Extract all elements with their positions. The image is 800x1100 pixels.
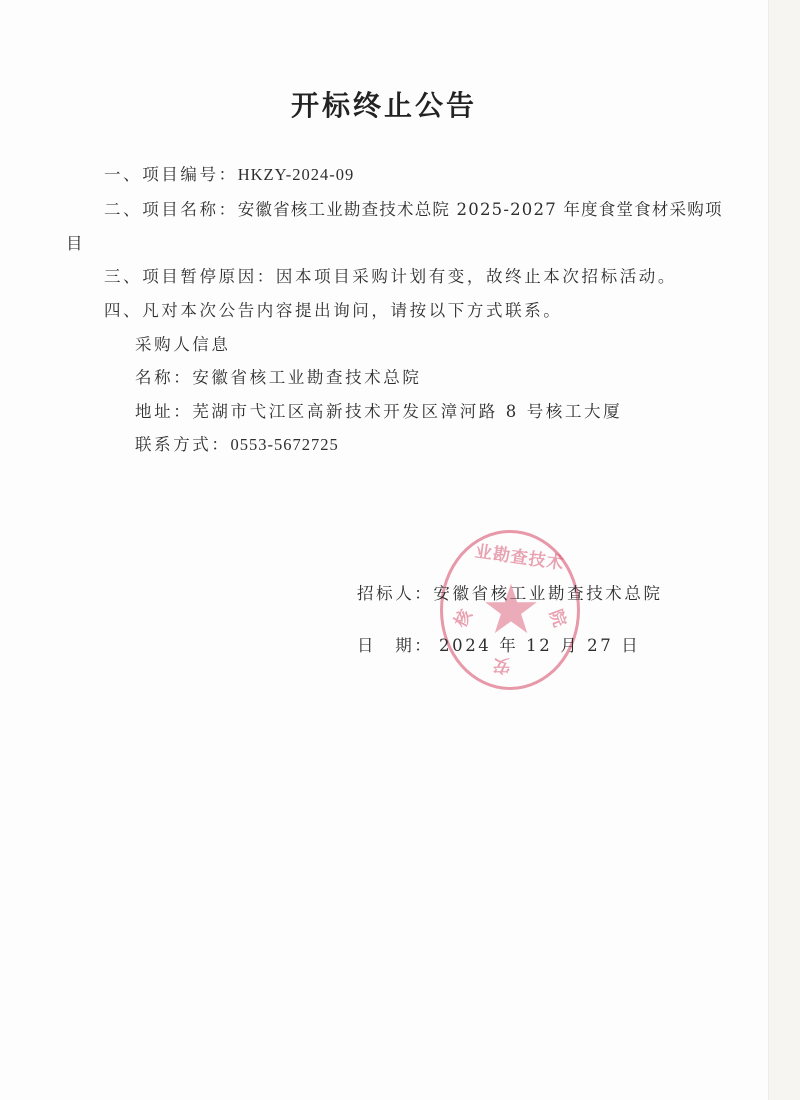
item-value: 因本项目采购计划有变，故终止本次招标活动。 xyxy=(276,267,677,286)
purchaser-name-value: 安徽省核工业勘查技术总院 xyxy=(192,368,421,387)
tenderer-value: 安徽省核工业勘查技术总院 xyxy=(433,584,662,603)
purchaser-contact-label: 联系方式： xyxy=(135,435,231,454)
date-value: 2024 年 12 月 27 日 xyxy=(439,636,640,655)
purchaser-address-label: 地址： xyxy=(135,402,192,421)
purchaser-name: 名称：安徽省核工业勘查技术总院 xyxy=(135,364,422,388)
scan-edge xyxy=(768,0,800,1100)
seal-text-top: 业勘查技术 xyxy=(474,537,567,574)
item-label: 二、项目名称： xyxy=(104,200,238,219)
item-suspension-reason: 三、项目暂停原因：因本项目采购计划有变，故终止本次招标活动。 xyxy=(104,263,677,287)
tenderer-label: 招标人： xyxy=(357,584,433,603)
item-project-name-continued: 目 xyxy=(66,230,85,254)
purchaser-heading: 采购人信息 xyxy=(135,331,231,355)
item-label: 一、项目编号： xyxy=(104,165,238,184)
tenderer-line: 招标人：安徽省核工业勘查技术总院 xyxy=(357,580,663,604)
page-title: 开标终止公告 xyxy=(0,84,768,124)
official-seal: 业勘查技术 核 院 安 xyxy=(440,530,580,690)
item-value: HKZY-2024-09 xyxy=(238,165,355,184)
item-value: 凡对本次公告内容提出询问，请按以下方式联系。 xyxy=(142,301,562,320)
purchaser-name-label: 名称： xyxy=(135,368,192,387)
date-label: 日 期： xyxy=(357,632,439,656)
purchaser-address: 地址：芜湖市弋江区高新技术开发区漳河路 8 号核工大厦 xyxy=(135,398,622,422)
item-value: 安徽省核工业勘查技术总院 2025-2027 年度食堂食材采购项 xyxy=(238,200,723,219)
item-label: 三、项目暂停原因： xyxy=(104,267,276,286)
purchaser-contact-value: 0553-5672725 xyxy=(231,435,339,454)
item-project-number: 一、项目编号：HKZY-2024-09 xyxy=(104,161,354,185)
item-inquiry: 四、凡对本次公告内容提出询问，请按以下方式联系。 xyxy=(104,297,562,321)
item-project-name: 二、项目名称：安徽省核工业勘查技术总院 2025-2027 年度食堂食材采购项 xyxy=(104,196,723,220)
date-line: 日 期：2024 年 12 月 27 日 xyxy=(357,632,640,656)
seal-text-bottom: 安 xyxy=(493,655,510,680)
purchaser-contact: 联系方式：0553-5672725 xyxy=(135,431,339,455)
item-label: 四、 xyxy=(104,301,142,320)
seal-text-left: 核 xyxy=(446,604,476,631)
seal-text-right: 院 xyxy=(545,605,574,630)
purchaser-address-value: 芜湖市弋江区高新技术开发区漳河路 8 号核工大厦 xyxy=(192,402,622,421)
document-page: 开标终止公告 一、项目编号：HKZY-2024-09 二、项目名称：安徽省核工业… xyxy=(0,0,768,1100)
